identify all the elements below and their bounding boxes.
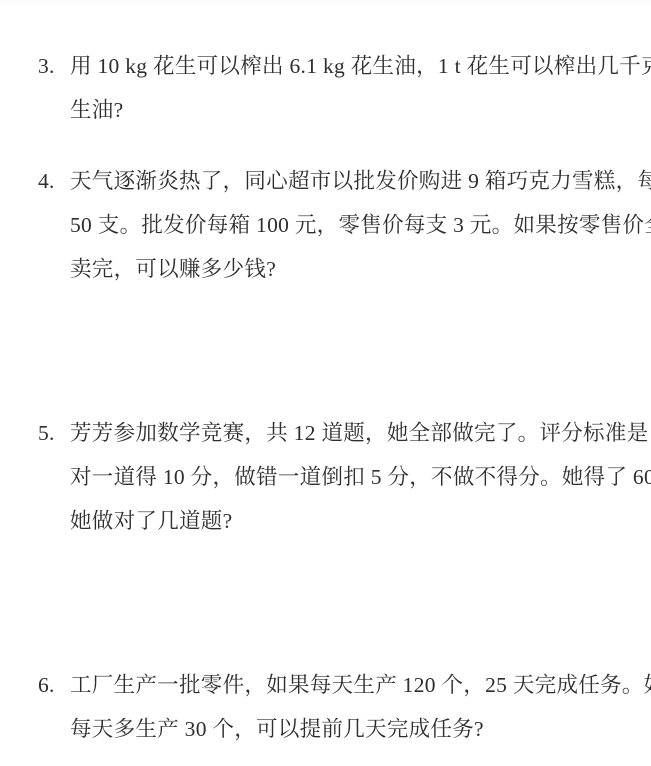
problem-5: 5.芳芳参加数学竞赛，共 12 道题，她全部做完了。评分标准是：做 对一道得 1… — [38, 411, 633, 543]
problem-3-number: 3. — [38, 44, 70, 88]
problem-3-line-1: 3.用 10 kg 花生可以榨出 6.1 kg 花生油，1 t 花生可以榨出几千… — [38, 44, 633, 88]
problem-4-line-2: 50 支。批发价每箱 100 元，零售价每支 3 元。如果按零售价全部 — [38, 203, 633, 247]
problem-6: 6.工厂生产一批零件，如果每天生产 120 个，25 天完成任务。如果 每天多生… — [38, 663, 633, 751]
problem-6-line-1: 6.工厂生产一批零件，如果每天生产 120 个，25 天完成任务。如果 — [38, 663, 633, 707]
problem-3: 3.用 10 kg 花生可以榨出 6.1 kg 花生油，1 t 花生可以榨出几千… — [38, 44, 633, 132]
problem-4-text: 天气逐渐炎热了，同心超市以批发价购进 9 箱巧克力雪糕，每箱 — [70, 169, 651, 193]
problem-6-text: 工厂生产一批零件，如果每天生产 120 个，25 天完成任务。如果 — [70, 673, 651, 697]
problem-6-line-2: 每天多生产 30 个，可以提前几天完成任务? — [38, 707, 633, 751]
problem-3-line-2: 生油? — [38, 88, 633, 132]
problem-4: 4.天气逐渐炎热了，同心超市以批发价购进 9 箱巧克力雪糕，每箱 50 支。批发… — [38, 159, 633, 291]
problem-4-number: 4. — [38, 159, 70, 203]
problem-5-line-1: 5.芳芳参加数学竞赛，共 12 道题，她全部做完了。评分标准是：做 — [38, 411, 633, 455]
problem-5-line-2: 对一道得 10 分，做错一道倒扣 5 分，不做不得分。她得了 60 分， — [38, 455, 633, 499]
problem-3-text: 用 10 kg 花生可以榨出 6.1 kg 花生油，1 t 花生可以榨出几千克花 — [70, 54, 651, 78]
problem-4-line-3: 卖完，可以赚多少钱? — [38, 247, 633, 291]
problem-5-line-3: 她做对了几道题? — [38, 499, 633, 543]
worksheet-page: 3.用 10 kg 花生可以榨出 6.1 kg 花生油，1 t 花生可以榨出几千… — [0, 0, 651, 766]
problem-4-line-1: 4.天气逐渐炎热了，同心超市以批发价购进 9 箱巧克力雪糕，每箱 — [38, 159, 633, 203]
problem-5-text: 芳芳参加数学竞赛，共 12 道题，她全部做完了。评分标准是：做 — [70, 421, 651, 445]
problem-6-number: 6. — [38, 663, 70, 707]
problem-5-number: 5. — [38, 411, 70, 455]
